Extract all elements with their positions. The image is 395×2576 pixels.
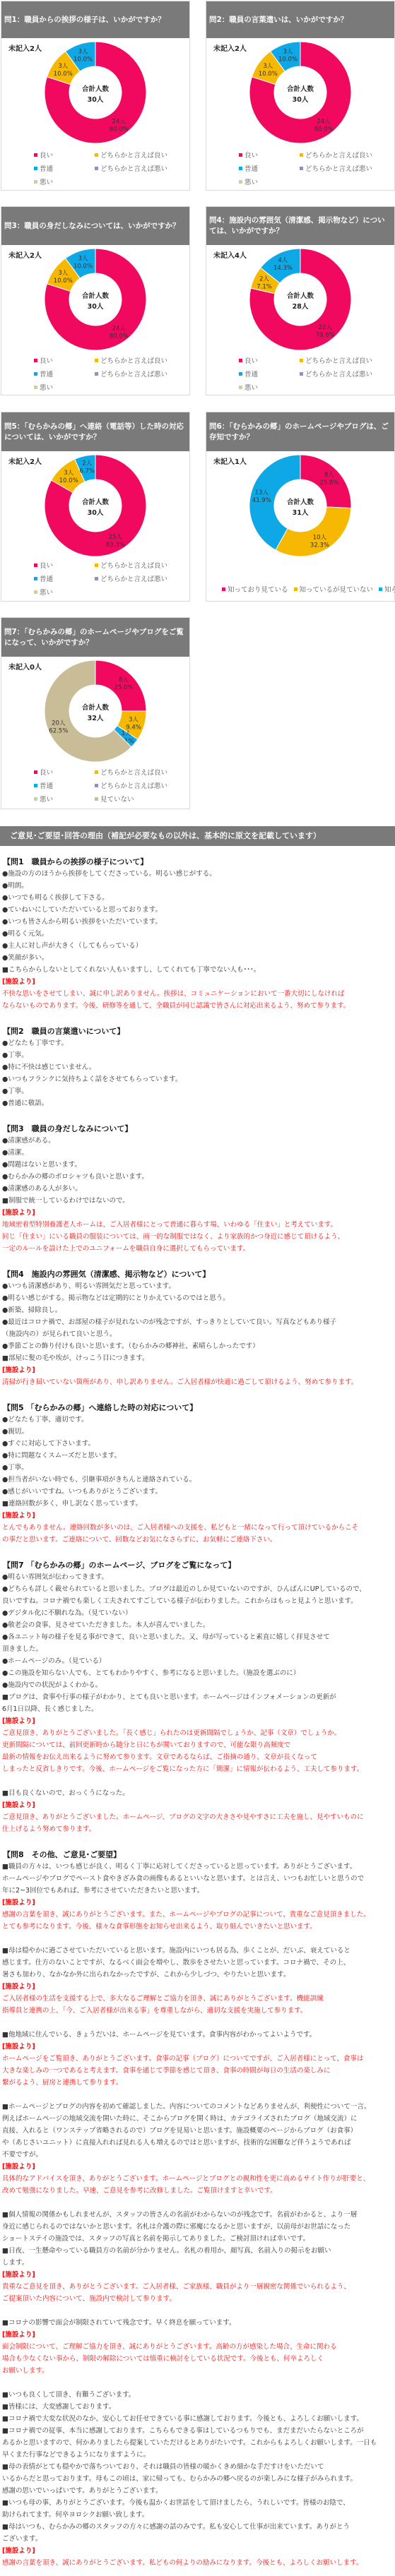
comment-line: ●いつも皆さんから明るい挨拶をいただいています。 bbox=[0, 916, 395, 928]
legend-label: 知らない bbox=[384, 584, 395, 594]
comment-line: ●どちらも詳しく載せられていると思いました。ブログは最近のしか見ていないのですが… bbox=[0, 1583, 395, 1595]
comment-line: 不要ですが。 bbox=[0, 2149, 395, 2161]
comment-line: ショートステイの施設では、スタッフの写真と名前を掲示してありました。ご検討頂けれ… bbox=[0, 2233, 395, 2245]
legend-item: どちらかと言えば良い bbox=[300, 150, 391, 160]
legend-item: 普通 bbox=[34, 780, 95, 790]
comment-line: ■こちらからしないとしてくれない人もいますし、してくれても丁寧でない人も･･･。 bbox=[0, 964, 395, 976]
legend-item: 見ていない bbox=[95, 794, 187, 804]
legend-item: 知らない bbox=[379, 584, 395, 594]
slice-label: 24人 bbox=[112, 118, 126, 126]
facility-response-label: [施設より] bbox=[0, 1364, 395, 1376]
chart-legend: 良いどちらかと言えば良い普通どちらかと言えば悪い悪い見ていない bbox=[34, 767, 187, 804]
comment-line: ●いつもフランクに気持ちよく話をさせてもらっています。 bbox=[0, 1073, 395, 1085]
spacer bbox=[0, 1388, 395, 1400]
question-heading: 【問2 職員の言葉遣いについて】 bbox=[0, 1025, 395, 1037]
chart-body: 未記入2人 24人80.0%3人10.0%3人10.0%合計人数30人 良いどち… bbox=[1, 245, 189, 395]
facility-response: お願いします。 bbox=[0, 2365, 395, 2377]
comment-line: あるかと思いますので、何かありましたら提案していただけるとありがたいです。これか… bbox=[0, 2437, 395, 2449]
legend-swatch-icon bbox=[34, 797, 37, 801]
comment-line: ■ブログは、食事や行事の様子がわかり、とても良いと思います。ホームページはインフ… bbox=[0, 1691, 395, 1703]
comment-line: ●デジタル化に不馴れな為。（見ていない） bbox=[0, 1607, 395, 1619]
comment-line: ■コロナ禍での従事、本当に感謝しております。こちらもできる事はしているつもりでも… bbox=[0, 2425, 395, 2437]
comment-line: 早くまた行事などできるようになりますように。 bbox=[0, 2449, 395, 2461]
comment-line: ●問題はないと思います。 bbox=[0, 1159, 395, 1171]
facility-response-label: [施設より] bbox=[0, 2329, 395, 2341]
slice-label: 80.0% bbox=[110, 333, 129, 340]
slice-label: 22人 bbox=[319, 323, 333, 331]
comment-line: ■母は穏やかに過ごさせていただいていると思います。施設内にいつも居る為、歩くこと… bbox=[0, 1945, 395, 1957]
question-heading: 【問4 施設内の雰囲気（清潔感、掲示物など）について】 bbox=[0, 1268, 395, 1280]
legend-swatch-icon bbox=[239, 180, 242, 184]
legend-label: 見ていない bbox=[100, 794, 134, 804]
comment-line: ●新築、掃除良し。 bbox=[0, 1304, 395, 1316]
slice-label: 80.0% bbox=[314, 126, 334, 133]
center-total: 合計人数 bbox=[82, 292, 110, 300]
center-total: 30人 bbox=[88, 95, 104, 104]
legend-item: どちらかと言えば良い bbox=[95, 150, 187, 160]
comment-line: ●ていねいにしていただいていると思っております。 bbox=[0, 904, 395, 916]
comment-line: 年に2~3回位でもあれば、参考にさせていただきたいと思います。 bbox=[0, 1885, 395, 1897]
comment-line: ■目も良くないので、おっくうになった。 bbox=[0, 1787, 395, 1799]
legend-item: 悪い bbox=[34, 382, 95, 392]
comment-line: 例えばホームページの地域交流を開いた時に、そこからブログを開く時は、カテゴライズ… bbox=[0, 2113, 395, 2125]
facility-response: 不快な思いをさせてしまい、誠に申し訳ありません。挨拶は、コミュニケーションにおい… bbox=[0, 988, 395, 1000]
comment-line: いるからだと思っております。母もこの頃は、家に帰っても、むらかみの郷へ戻るのが楽… bbox=[0, 2473, 395, 2485]
comment-line: や（あじさいユニット）に直接入れれば見れる人も増えるのではと思いますが、技術的な… bbox=[0, 2137, 395, 2149]
comment-line: ■皆様には、大変感謝しております。 bbox=[0, 2401, 395, 2413]
comment-line: ■日夜、一生懸命やっている職員方の名前が分かりません。名札の着用か、顔写真、名前… bbox=[0, 2245, 395, 2257]
facility-response-label: [施設より] bbox=[0, 1510, 395, 1522]
legend-item: 普通 bbox=[34, 163, 95, 173]
legend-swatch-icon bbox=[239, 359, 242, 362]
legend-label: どちらかと言えば良い bbox=[100, 767, 167, 777]
comment-line: ●清潔感のある人が多い。 bbox=[0, 1183, 395, 1195]
comment-line: 直接、入れると（ワンステップ省略されるので）ブログを見易いと思います。施設概要の… bbox=[0, 2125, 395, 2137]
legend-swatch-icon bbox=[95, 372, 98, 376]
spacer bbox=[0, 2305, 395, 2317]
question-heading: 【問7 「むらかみの郷」のホームページ、ブログをご覧になって】 bbox=[0, 1559, 395, 1571]
comments-section: ご意見･ご要望･回答の理由（補記が必要なもの以外は、基本的に原文を記載しています… bbox=[0, 826, 395, 2576]
spacer bbox=[0, 2017, 395, 2029]
legend-label: 普通 bbox=[40, 780, 53, 790]
legend-swatch-icon bbox=[95, 153, 98, 157]
donut-chart: 24人80.0%3人10.0%3人10.0%合計人数30人 bbox=[44, 248, 147, 351]
facility-response-label: [施設より] bbox=[0, 976, 395, 988]
facility-response: 感謝の言葉を頂き、誠にありがとうございます。また、ホームページやブログの記事につ… bbox=[0, 1909, 395, 1921]
spacer bbox=[0, 1012, 395, 1024]
center-total: 合計人数 bbox=[287, 498, 314, 506]
legend-swatch-icon bbox=[95, 577, 98, 580]
comment-line: 感じます。仕方のないことですが、なるべく面会を増やし、散歩をさせたいと思っていま… bbox=[0, 1957, 395, 1969]
facility-response: 更新間隔については、前回更新時から随分と日にちが開いておりますので、可能な限り高… bbox=[0, 1739, 395, 1751]
comment-line: ●各ユニット毎の様子を見る事ができて、良いと思いました。又、母が写っていると素直… bbox=[0, 1631, 395, 1643]
legend-swatch-icon bbox=[239, 167, 242, 170]
comment-line: ●明るい雰囲気が伝わってきます。 bbox=[0, 1571, 395, 1583]
slice-label: 2人 bbox=[259, 275, 269, 282]
facility-response: ご入居者様の生活を支援する上で、多大なるご理解とご協力を頂き、誠にありがとうござ… bbox=[0, 1993, 395, 2005]
donut-chart: 8人25.0%3人9.4%1人3.1%20人62.5%合計人数32人 bbox=[44, 660, 147, 763]
legend-item: 悪い bbox=[239, 382, 300, 392]
slice-label: 20人 bbox=[52, 720, 66, 727]
legend-label: どちらかと言えば悪い bbox=[100, 573, 167, 583]
comment-line: ●感じがいいですね。いつもありがとうございます。 bbox=[0, 1486, 395, 1498]
comment-line: 頂きました。 bbox=[0, 1643, 395, 1655]
legend-item: 普通 bbox=[34, 369, 95, 378]
facility-response: 面会制限について、ご理解ご協力を頂き、誠にありがとうございます。高齢の方が感染し… bbox=[0, 2341, 395, 2353]
comment-line: ●施設の方のほうから挨拶をしてくださっている。明るい感じがする。 bbox=[0, 868, 395, 880]
legend-item: 良い bbox=[34, 355, 95, 365]
donut-chart: 24人80.0%3人10.0%3人10.0%合計人数30人 bbox=[44, 41, 147, 144]
comment-line: ●特に不快は感じていません。 bbox=[0, 1061, 395, 1073]
legend-label: 悪い bbox=[244, 382, 258, 392]
legend-swatch-icon bbox=[95, 770, 98, 774]
center-total: 30人 bbox=[88, 302, 104, 311]
comment-line: 感謝の思いでいっぱいです。ありがとうございます。 bbox=[0, 2485, 395, 2497]
comments-header: ご意見･ご要望･回答の理由（補記が必要なもの以外は、基本的に原文を記載しています… bbox=[0, 826, 395, 846]
comment-line: ■職員の方々は、いつも感じが良く、明るく丁寧に応対してくださっていると思っていま… bbox=[0, 1861, 395, 1873]
legend-swatch-icon bbox=[34, 770, 37, 774]
legend-label: どちらかと言えば悪い bbox=[305, 369, 372, 378]
slice-label: 8人 bbox=[324, 471, 334, 479]
comment-line: 良いですね。コロナ禍でも楽しく工夫されてすごしている様子が伝わりました。これから… bbox=[0, 1595, 395, 1607]
facility-response: 貴重なご意見を頂き、ありがとうございます。ご入居者様、ご家族様、職員がより一層親… bbox=[0, 2281, 395, 2293]
facility-response: の事だと思います。ご連絡について、回数などお気になさらずに、お気軽にご連絡下さい… bbox=[0, 1534, 395, 1546]
slice-label: 3人 bbox=[78, 47, 88, 55]
comment-line: 身近に感じられるのではないかと思います。名札は介護の際に邪魔になるかと思いますが… bbox=[0, 2221, 395, 2233]
donut-chart: 22人78.6%2人7.1%4人14.3%合計人数28人 bbox=[249, 248, 352, 351]
facility-response: 一定のルールを設けた上でのユニフォームを職員自身に選択してもらっています。 bbox=[0, 1243, 395, 1255]
comment-line: ■いつも良くして頂き、有難うございます。 bbox=[0, 2389, 395, 2401]
slice-label: 10人 bbox=[313, 533, 327, 541]
comment-line: ■個人情報の関係かもしれませんが、スタッフの皆さんの名前がわからないのが残念です… bbox=[0, 2209, 395, 2221]
slice-label: 83.3% bbox=[106, 542, 125, 549]
center-total: 合計人数 bbox=[82, 498, 110, 506]
legend-item: 悪い bbox=[239, 177, 300, 186]
legend-label: どちらかと言えば悪い bbox=[100, 780, 167, 790]
comment-line: します。 bbox=[0, 2257, 395, 2269]
slice-label: 3人 bbox=[263, 62, 273, 70]
facility-response-label: [施設より] bbox=[0, 2041, 395, 2053]
donut-chart: 8人25.8%10人32.3%13人41.9%合計人数31人 bbox=[249, 454, 352, 557]
spacer bbox=[0, 2377, 395, 2389]
legend-swatch-icon bbox=[222, 588, 225, 591]
donut-slice bbox=[276, 507, 351, 556]
charts-grid: 問1：職員からの挨拶の様子は、いかがですか？ 未記入2人 24人80.0%3人1… bbox=[0, 0, 395, 826]
question-heading: 【問1 職員からの挨拶の様子について】 bbox=[0, 856, 395, 868]
legend-swatch-icon bbox=[34, 577, 37, 580]
legend-label: 悪い bbox=[40, 382, 53, 392]
comment-line: ■コロナの影響で面会が制限されていて残念です。早く終息を願っています。 bbox=[0, 2317, 395, 2329]
comment-line: ■母はいつも、むらかみの郷のスタッフの方々に感謝の話のみです。私も安心して仕事が… bbox=[0, 2521, 395, 2533]
slice-label: 24人 bbox=[317, 118, 331, 126]
legend-label: 良い bbox=[244, 150, 258, 160]
chart-legend: 良いどちらかと言えば良い普通どちらかと言えば悪い悪い bbox=[34, 150, 187, 186]
spacer bbox=[0, 2089, 395, 2101]
comment-line: ●親切。 bbox=[0, 1426, 395, 1438]
legend-item: 良い bbox=[34, 560, 95, 570]
legend-label: どちらかと言えば良い bbox=[100, 560, 167, 570]
comment-line: ■連絡回数が多く、申し訳なく思っています。 bbox=[0, 1498, 395, 1510]
facility-response: 仕上げるよう努めて参ります。 bbox=[0, 1823, 395, 1835]
facility-response-label: [施設より] bbox=[0, 1799, 395, 1811]
legend-swatch-icon bbox=[34, 563, 37, 567]
legend-swatch-icon bbox=[379, 588, 382, 591]
chart-card-q4: 問4：施設内の雰囲気（清潔感、掲示物など）については、いかがですか？ 未記入4人… bbox=[206, 206, 395, 395]
legend-item: どちらかと言えば良い bbox=[95, 767, 187, 777]
comment-line: ■いつも母の事、ありがとうございます。今後も温かくお世話をして頂けましたら、うれ… bbox=[0, 2497, 395, 2509]
legend-item: 良い bbox=[239, 355, 300, 365]
comment-line: ●普通に敬語。 bbox=[0, 1097, 395, 1109]
legend-swatch-icon bbox=[239, 372, 242, 376]
comment-line: ●どなたも丁寧です。 bbox=[0, 1037, 395, 1049]
facility-response: ご提案頂いた内容について、施設内で検討して参ります。 bbox=[0, 2293, 395, 2305]
legend-label: 普通 bbox=[244, 163, 258, 173]
legend-swatch-icon bbox=[95, 167, 98, 170]
chart-title: 問1：職員からの挨拶の様子は、いかがですか？ bbox=[1, 1, 189, 38]
facility-response: 繋がるよう、厨房と連携して参ります。 bbox=[0, 2077, 395, 2089]
comment-line: ■部屋に髪の毛や埃が、けっこう目につきます。 bbox=[0, 1352, 395, 1364]
slice-label: 10.0% bbox=[259, 71, 278, 78]
chart-card-q3: 問3：職員の身だしなみについては、いかがですか？ 未記入2人 24人80.0%3… bbox=[1, 206, 190, 395]
chart-body: 未記入1人 8人25.8%10人32.3%13人41.9%合計人数31人 知って… bbox=[206, 451, 394, 601]
legend-item: どちらかと言えば悪い bbox=[95, 573, 187, 583]
missing-count: 未記入4人 bbox=[213, 249, 247, 260]
facility-response: 感謝の言葉を頂き、誠にありがとうございます。私どもの何よりの励みになります。今後… bbox=[0, 2557, 395, 2569]
slice-label: 3人 bbox=[78, 254, 88, 262]
slice-label: 10.0% bbox=[54, 278, 73, 285]
facility-response-label: [施設より] bbox=[0, 2269, 395, 2281]
legend-swatch-icon bbox=[294, 588, 297, 591]
slice-label: 32.3% bbox=[310, 542, 329, 549]
legend-item: 悪い bbox=[34, 587, 95, 597]
comment-line: ●丁寧。 bbox=[0, 1049, 395, 1061]
slice-label: 25人 bbox=[109, 533, 123, 541]
legend-label: 普通 bbox=[40, 163, 53, 173]
chart-legend: 知っており見ている知っているが見ていない知らない bbox=[222, 584, 395, 594]
comment-line: ●清潔感がある。 bbox=[0, 1135, 395, 1147]
legend-label: どちらかと言えば悪い bbox=[100, 163, 167, 173]
comment-line: ■ホームページとブログの内容を初めて確認しました。内容についてのコメントなどあり… bbox=[0, 2101, 395, 2113]
legend-item: どちらかと言えば悪い bbox=[95, 780, 187, 790]
legend-label: どちらかと言えば悪い bbox=[305, 163, 372, 173]
legend-label: 良い bbox=[40, 355, 53, 365]
center-total: 28人 bbox=[293, 302, 309, 311]
facility-response: とても参考になります。今後、様々な食事形態をお知らせ出来るよう、取り組んでいきた… bbox=[0, 1921, 395, 1933]
legend-swatch-icon bbox=[300, 153, 303, 157]
question-heading: 【問3 職員の身だしなみについて】 bbox=[0, 1123, 395, 1135]
facility-response: 清掃が行き届いていない箇所があり、申し訳ありません。ご入居者様が快適に過ごして頂… bbox=[0, 1376, 395, 1388]
facility-response: 場合も少なくない事から、制限の解除については慎重に検討をしている状況です。今後と… bbox=[0, 2353, 395, 2365]
legend-swatch-icon bbox=[34, 590, 37, 594]
spacer bbox=[0, 1255, 395, 1267]
comment-line: ●いつでも明るく挨拶して下さる。 bbox=[0, 892, 395, 904]
legend-label: どちらかと言えば悪い bbox=[100, 369, 167, 378]
facility-response-label: [施設より] bbox=[0, 1981, 395, 1993]
facility-response: 指導員と連携の上、「今、ご入居者様が出来る事」を尊重しながら、適切な支援を実施し… bbox=[0, 2005, 395, 2017]
legend-swatch-icon bbox=[239, 386, 242, 389]
comment-line: 6月1日以降、長く感じました。 bbox=[0, 1703, 395, 1715]
comment-line: ●清潔。 bbox=[0, 1147, 395, 1159]
slice-label: 13人 bbox=[255, 489, 269, 496]
legend-label: どちらかと言えば良い bbox=[305, 150, 372, 160]
legend-label: 悪い bbox=[40, 587, 53, 597]
slice-label: 8人 bbox=[119, 676, 129, 684]
facility-response-label: [施設より] bbox=[0, 2161, 395, 2173]
legend-item: 普通 bbox=[239, 369, 300, 378]
comment-line: ■他地域に住んでいる、きょうだいは、ホームページを見ています。食事内容がわかって… bbox=[0, 2029, 395, 2041]
missing-count: 未記入1人 bbox=[213, 455, 247, 466]
comment-line: （施設内の）が見られて良いと思う。 bbox=[0, 1328, 395, 1340]
facility-response-label: [施設より] bbox=[0, 1715, 395, 1727]
slice-label: 3人 bbox=[58, 269, 68, 277]
slice-label: 10.0% bbox=[73, 263, 93, 270]
legend-item: 良い bbox=[239, 150, 300, 160]
legend-item: 知っているが見ていない bbox=[294, 584, 374, 594]
comment-line: ●ホームページのみ。（見ている） bbox=[0, 1655, 395, 1667]
legend-item: 普通 bbox=[239, 163, 300, 173]
slice-label: 4人 bbox=[278, 256, 288, 264]
slice-label: 10.0% bbox=[73, 56, 93, 63]
slice-label: 41.9% bbox=[252, 497, 271, 504]
facility-response: 同じ「住まい」にいる職員の服装については、画一的な制服ではなく、より家族的かつ身… bbox=[0, 1231, 395, 1243]
legend-label: 良い bbox=[40, 767, 53, 777]
legend-item: 良い bbox=[34, 150, 95, 160]
legend-label: 普通 bbox=[244, 369, 258, 378]
facility-response: ならないものであります。今後、研修等を通して、全職員が同じ認識で皆さんに対応出来… bbox=[0, 1000, 395, 1012]
legend-swatch-icon bbox=[34, 359, 37, 362]
comment-line: ●特に問題なくスムーズだと思います。 bbox=[0, 1450, 395, 1462]
legend-item: 悪い bbox=[34, 794, 95, 804]
chart-card-q2: 問2：職員の言葉遣いは、いかがですか？ 未記入2人 24人80.0%3人10.0… bbox=[206, 1, 395, 191]
legend-item: どちらかと言えば悪い bbox=[95, 163, 187, 173]
spacer bbox=[0, 1933, 395, 1945]
legend-swatch-icon bbox=[300, 359, 303, 362]
legend-item: どちらかと言えば悪い bbox=[95, 369, 187, 378]
legend-label: 知っており見ている bbox=[228, 584, 288, 594]
chart-legend: 良いどちらかと言えば良い普通どちらかと言えば悪い悪い bbox=[239, 355, 391, 392]
chart-body: 未記入2人 24人80.0%3人10.0%3人10.0%合計人数30人 良いどち… bbox=[1, 38, 189, 190]
facility-response: 地域密着型特別養護老人ホームは、ご入居者様にとって普通に暮らす場、いわゆる「住ま… bbox=[0, 1219, 395, 1231]
chart-body: 未記入4人 22人78.6%2人7.1%4人14.3%合計人数28人 良いどちら… bbox=[206, 245, 394, 395]
slice-label: 78.6% bbox=[316, 332, 335, 339]
spacer bbox=[0, 1546, 395, 1558]
slice-label: 2人 bbox=[82, 460, 92, 467]
chart-body: 未記入2人 24人80.0%3人10.0%3人10.0%合計人数30人 良いどち… bbox=[206, 38, 394, 190]
comment-line: ●この施設を知らない人でも、とてもわかりやすく、参考になると思いました。（施設を… bbox=[0, 1667, 395, 1679]
legend-label: 良い bbox=[40, 150, 53, 160]
comment-line: ●どなたも丁寧、適切です。 bbox=[0, 1414, 395, 1426]
facility-response: 具体的なアドバイスを頂き、ありがとうございます。ホームページとブログとの親和性を… bbox=[0, 2173, 395, 2185]
legend-swatch-icon bbox=[34, 180, 37, 184]
legend-item: どちらかと言えば良い bbox=[300, 355, 391, 365]
slice-label: 25.0% bbox=[114, 684, 133, 691]
slice-label: 1人 bbox=[122, 729, 131, 737]
slice-label: 3人 bbox=[283, 47, 293, 55]
facility-response-label: [施設より] bbox=[0, 1897, 395, 1909]
comment-line: ございます。 bbox=[0, 2533, 395, 2545]
chart-card-q1: 問1：職員からの挨拶の様子は、いかがですか？ 未記入2人 24人80.0%3人1… bbox=[1, 1, 190, 191]
comment-line: 暑さも加わり、なかなか外に出られなかったですが、これから少しづつ、やりたいと思い… bbox=[0, 1969, 395, 1981]
missing-count: 未記入2人 bbox=[8, 455, 42, 466]
legend-swatch-icon bbox=[34, 372, 37, 376]
legend-item: どちらかと言えば良い bbox=[95, 355, 187, 365]
chart-title: 問3：職員の身だしなみについては、いかがですか？ bbox=[1, 207, 189, 245]
slice-label: 14.3% bbox=[273, 265, 293, 272]
chart-title: 問2：職員の言葉遣いは、いかがですか？ bbox=[206, 1, 394, 38]
slice-label: 10.0% bbox=[59, 477, 78, 484]
comment-line: ●施設内での状況がよくわかる。 bbox=[0, 1679, 395, 1691]
slice-label: 10.0% bbox=[54, 71, 73, 78]
comment-line: ●丁寧。 bbox=[0, 1085, 395, 1097]
comment-line: ■制服で統一しているわけではないので。 bbox=[0, 1195, 395, 1207]
spacer bbox=[0, 1835, 395, 1847]
legend-label: 悪い bbox=[40, 177, 53, 186]
slice-label: 3人 bbox=[129, 715, 138, 723]
legend-swatch-icon bbox=[95, 359, 98, 362]
legend-item: 良い bbox=[34, 767, 95, 777]
comment-line: ■母の表情がとても穏やかで落ちついており、それは職員の皆様の暖かくきめ細かな手だ… bbox=[0, 2461, 395, 2473]
slice-label: 62.5% bbox=[49, 728, 68, 735]
facility-response: ご意見頂き、ありがとうございました。「長く感じ」られたのは更新間隔でしょうか、記… bbox=[0, 1727, 395, 1739]
comment-line: ■コロナ禍で大変な状況のなか、安心してお任せできている事に感謝しております。今後… bbox=[0, 2413, 395, 2425]
legend-swatch-icon bbox=[34, 167, 37, 170]
legend-swatch-icon bbox=[95, 797, 98, 801]
center-total: 合計人数 bbox=[287, 292, 314, 300]
chart-legend: 良いどちらかと言えば良い普通どちらかと言えば悪い悪い bbox=[239, 150, 391, 186]
donut-chart: 24人80.0%3人10.0%3人10.0%合計人数30人 bbox=[249, 41, 352, 144]
comment-line: ●最近はコロナ禍で、お部屋の様子が見れないのが残念ですが、すっきりとしていて良い… bbox=[0, 1316, 395, 1328]
spacer bbox=[0, 1775, 395, 1787]
donut-chart: 25人83.3%3人10.0%2人6.7%合計人数30人 bbox=[44, 454, 147, 557]
slice-label: 3人 bbox=[58, 62, 68, 70]
facility-response: とんでもありません。連絡回数が多いのは、ご入居者様への支援を、私どもと一緒になっ… bbox=[0, 1522, 395, 1534]
legend-swatch-icon bbox=[95, 784, 98, 787]
comment-line: ●担当者がいない時でも、引継事項がきちんと連絡されている。 bbox=[0, 1474, 395, 1486]
slice-label: 7.1% bbox=[257, 283, 272, 290]
slice-label: 3人 bbox=[64, 469, 73, 477]
legend-label: 良い bbox=[40, 560, 53, 570]
chart-title: 問6：「むらかみの郷」のホームページやブログは、ご存知ですか？ bbox=[206, 412, 394, 451]
chart-title: 問5：「むらかみの郷」へ連絡（電話等）した時の対応については、いかがですか？ bbox=[1, 412, 189, 451]
comments-body: 【問1 職員からの挨拶の様子について】●施設の方のほうから挨拶をしてくださってい… bbox=[0, 856, 395, 2569]
comment-line: ●季節ごとの飾り付けも良いと思います。（むらかみの郷神社、素晴らしかったです） bbox=[0, 1340, 395, 1352]
chart-body: 未記入0人 8人25.0%3人9.4%1人3.1%20人62.5%合計人数32人… bbox=[1, 657, 189, 809]
comment-line: ●丁寧。 bbox=[0, 1462, 395, 1474]
legend-label: 悪い bbox=[40, 794, 53, 804]
spacer bbox=[0, 2197, 395, 2209]
chart-legend: 良いどちらかと言えば良い普通どちらかと言えば悪い悪い bbox=[34, 355, 187, 392]
legend-label: どちらかと言えば良い bbox=[100, 355, 167, 365]
missing-count: 未記入2人 bbox=[8, 249, 42, 260]
comment-line: ●明るい感じがする。掲示物などは定期的にとりかえているのではと思う。 bbox=[0, 1292, 395, 1304]
center-total: 32人 bbox=[88, 714, 104, 722]
chart-legend: 良いどちらかと言えば良い普通どちらかと言えば悪い悪い bbox=[34, 560, 187, 597]
chart-title: 問4：施設内の雰囲気（清潔感、掲示物など）については、いかがですか？ bbox=[206, 207, 394, 245]
slice-label: 24人 bbox=[112, 325, 126, 333]
question-heading: 【問8 その他、ご意見･ご要望】 bbox=[0, 1849, 395, 1861]
slice-label: 10.0% bbox=[278, 56, 297, 63]
legend-item: どちらかと言えば悪い bbox=[300, 163, 391, 173]
facility-response: ご意見頂き、ありがとうございました。ホームページ、ブログの文字の大きさや見やすさ… bbox=[0, 1811, 395, 1823]
legend-swatch-icon bbox=[300, 372, 303, 376]
chart-body: 未記入2人 25人83.3%3人10.0%2人6.7%合計人数30人 良いどちら… bbox=[1, 451, 189, 601]
facility-response: 改めて勉強になりました。早速、ご意見を参考に改修しました。ご覧頂けますと幸いです… bbox=[0, 2185, 395, 2197]
missing-count: 未記入2人 bbox=[8, 42, 42, 53]
facility-response: しまったと反省しきりです。今後、ホームページをご覧になった方に「簡潔」に情報が伝… bbox=[0, 1763, 395, 1775]
center-total: 30人 bbox=[88, 508, 104, 517]
comment-line: ●主人に対し声が大きく（してもらっている） bbox=[0, 940, 395, 952]
legend-label: 知っているが見ていない bbox=[300, 584, 374, 594]
